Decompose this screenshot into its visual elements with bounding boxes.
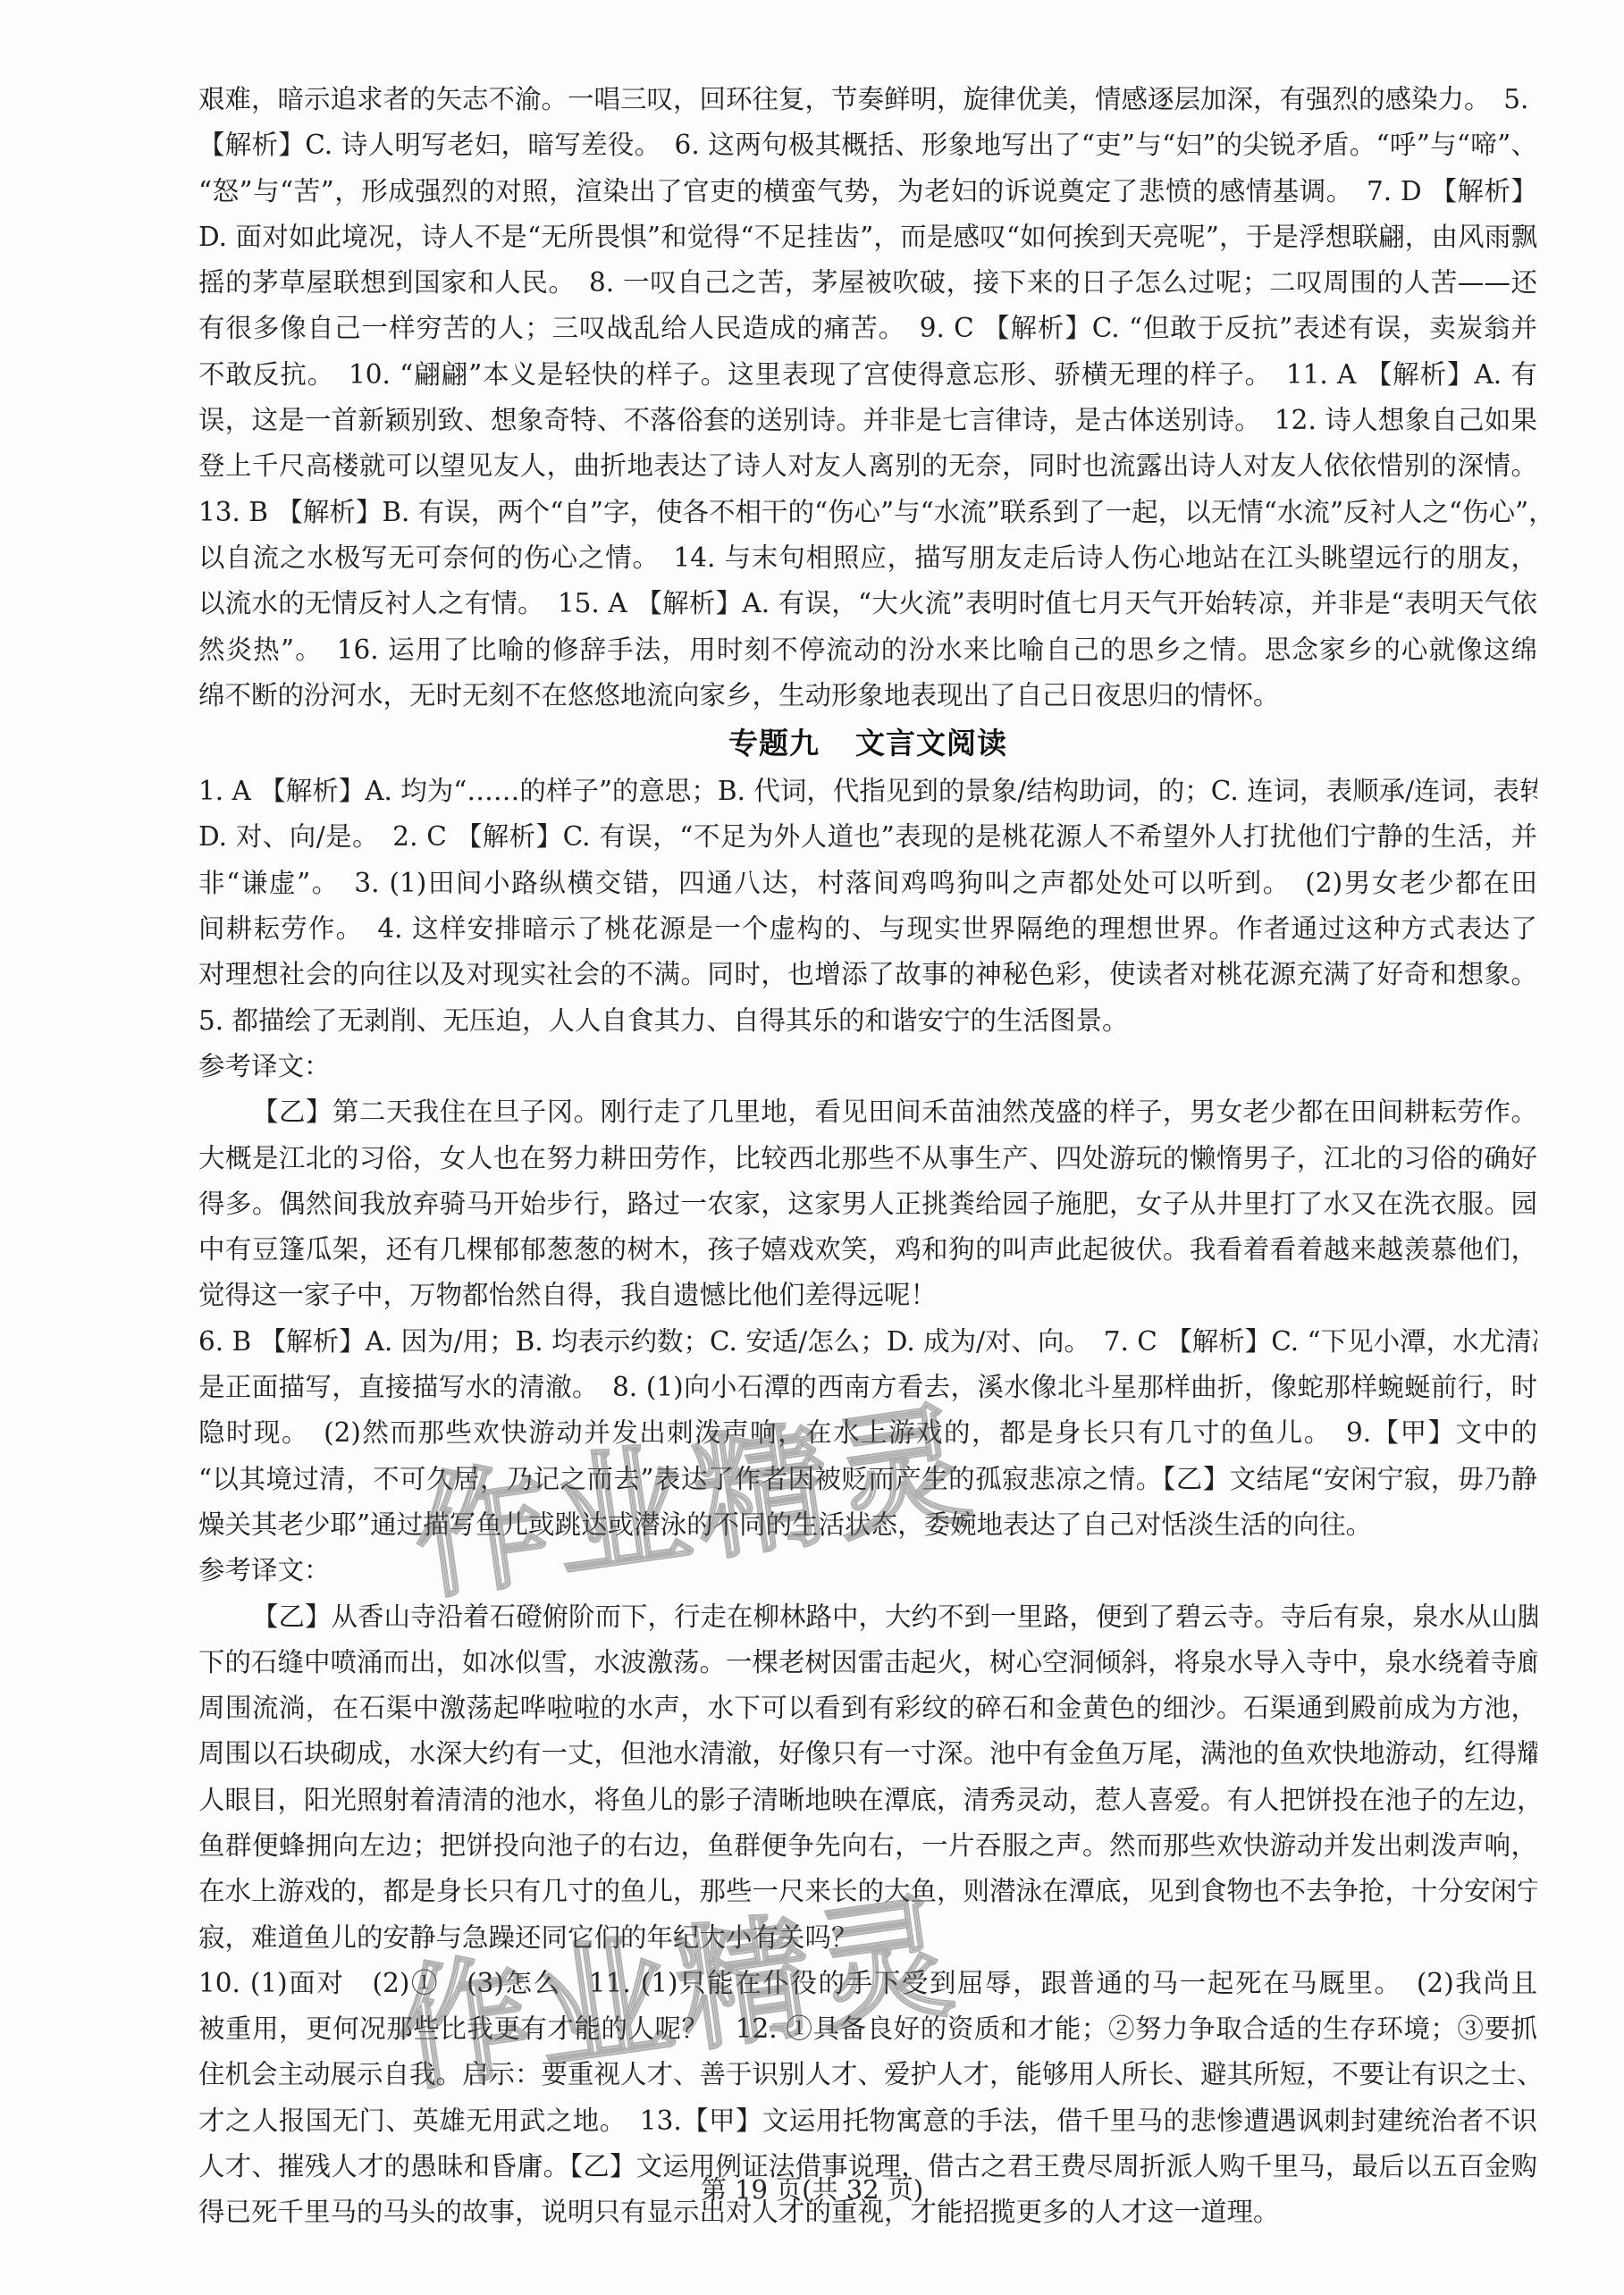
text-line: 6. B 【解析】A. 因为/用；B. 均表示约数；C. 安适/怎么；D. 成为… [198,1319,1537,1365]
text-line: 1. A 【解析】A. 均为“……的样子”的意思；B. 代词，代指见到的景象/结… [198,769,1537,814]
text-line: 是正面描写，直接描写水的清澈。 8. (1)向小石潭的西南方看去，溪水像北斗星那… [198,1365,1537,1410]
text-line: 非“谦虚”。 3. (1)田间小路纵横交错，四通八达，村落间鸡鸣狗叫之声都处处可… [198,861,1537,906]
text-line: 【乙】第二天我住在旦子冈。刚行走了几里地，看见田间禾苗油然茂盛的样子，男女老少都… [198,1089,1537,1135]
text-line: 周围流淌，在石渠中激荡起哗啦啦的水声，水下可以看到有彩纹的碎石和金黄色的细沙。石… [198,1686,1537,1731]
text-line: 下的石缝中喷涌而出，如冰似雪，水波激荡。一棵老树因雷击起火，树心空洞倾斜，将泉水… [198,1640,1537,1686]
text-line: 才之人报国无门、英雄无用武之地。 13.【甲】文运用托物寓意的手法，借千里马的悲… [198,2098,1537,2144]
text-line: 寂，难道鱼儿的安静与急躁还同它们的年纪大小有关吗？ [198,1915,1537,1961]
text-line: 然炎热”。 16. 运用了比喻的修辞手法，用时刻不停流动的汾水来比喻自己的思乡之… [198,627,1537,673]
text-line: 误，这是一首新颖别致、想象奇特、不落俗套的送别诗。并非是七言律诗，是古体送别诗。… [198,398,1537,443]
text-line: 周围以石块砌成，水深大约有一丈，但池水清澈，好像只有一寸深。池中有金鱼万尾，满池… [198,1731,1537,1777]
text-line: 10. (1)面对 (2)① (3)怎么 11. (1)只能在仆役的手下受到屈辱… [198,1961,1537,2006]
text-line: 间耕耘劳作。 4. 这样安排暗示了桃花源是一个虚构的、与现实世界隔绝的理想世界。… [198,906,1537,952]
text-line: 有很多像自己一样穷苦的人；三叹战乱给人民造成的痛苦。 9. C 【解析】C. “… [198,306,1537,351]
text-line: 登上千尺高楼就可以望见友人，曲折地表达了诗人对友人离别的无奈，同时也流露出诗人对… [198,443,1537,489]
reference-translation-1: 【乙】第二天我住在旦子冈。刚行走了几里地，看见田间禾苗油然茂盛的样子，男女老少都… [198,1089,1537,1318]
text-line: 艰难，暗示追求者的矢志不渝。一唱三叹，回环往复，节奏鲜明，旋律优美，情感逐层加深… [198,77,1537,122]
text-line: 人眼目，阳光照射着清清的池水，将鱼儿的影子清晰地映在潭底，清秀灵动，惹人喜爱。有… [198,1778,1537,1823]
text-line: 被重用，更何况那些比我更有才能的人呢？ 12. ①具备良好的资质和才能；②努力争… [198,2006,1537,2052]
section-title-topic: 文言文阅读 [855,726,1007,761]
answers-classical-chinese-1: 1. A 【解析】A. 均为“……的样子”的意思；B. 代词，代指见到的景象/结… [198,769,1537,1044]
text-line: 在水上游戏的，都是身长只有几寸的鱼儿，那些一尺来长的大鱼，则潜泳在潭底，见到食物… [198,1869,1537,1914]
text-line: 燥关其老少耶”通过描写鱼儿或跳达或潜泳的不同的生活状态，委婉地表达了自己对恬淡生… [198,1502,1537,1548]
text-line: 5. 都描绘了无剥削、无压迫，人人自食其力、自得其乐的和谐安宁的生活图景。 [198,998,1537,1044]
answer-page: 艰难，暗示追求者的矢志不渝。一唱三叹，回环往复，节奏鲜明，旋律优美，情感逐层加深… [198,77,1537,2236]
text-line: “以其境过清，不可久居，乃记之而去”表达了作者因被贬而产生的孤寂悲凉之情。【乙】… [198,1457,1537,1502]
text-line: 以流水的无情反衬人之有情。 15. A 【解析】A. 有误，“大火流”表明时值七… [198,581,1537,626]
answers-poetry-section: 艰难，暗示追求者的矢志不渝。一唱三叹，回环往复，节奏鲜明，旋律优美，情感逐层加深… [198,77,1537,719]
text-line: 对理想社会的向往以及对现实社会的不满。同时，也增添了故事的神秘色彩，使读者对桃花… [198,952,1537,997]
section-title: 专题九文言文阅读 [198,719,1537,769]
text-line: 13. B 【解析】B. 有误，两个“自”字，使各不相干的“伤心”与“水流”联系… [198,490,1537,535]
text-line: 不敢反抗。 10. “翩翩”本义是轻快的样子。这里表现了宫使得意忘形、骄横无理的… [198,352,1537,398]
text-line: D. 对、向/是。 2. C 【解析】C. 有误，“不足为外人道也”表现的是桃花… [198,814,1537,860]
section-title-number: 专题九 [728,726,820,761]
reference-translation-label: 参考译文： [198,1044,1537,1089]
text-line: 【解析】C. 诗人明写老妇，暗写差役。 6. 这两句极其概括、形象地写出了“吏”… [198,122,1537,168]
text-line: 大概是江北的习俗，女人也在努力耕田劳作，比较西北那些不从事生产、四处游玩的懒惰男… [198,1136,1537,1181]
reference-translation-2: 【乙】从香山寺沿着石磴俯阶而下，行走在柳林路中，大约不到一里路，便到了碧云寺。寺… [198,1594,1537,1961]
text-line: 【乙】从香山寺沿着石磴俯阶而下，行走在柳林路中，大约不到一里路，便到了碧云寺。寺… [198,1594,1537,1640]
text-line: “怒”与“苦”，形成强烈的对照，渲染出了官吏的横蛮气势，为老妇的诉说奠定了悲愤的… [198,169,1537,214]
reference-translation-label: 参考译文： [198,1548,1537,1593]
text-line: 得多。偶然间我放弃骑马开始步行，路过一农家，这家男人正挑粪给园子施肥，女子从井里… [198,1181,1537,1227]
page-number-footer: 第 19 页(共 32 页) [0,2170,1624,2207]
text-line: 以自流之水极写无可奈何的伤心之情。 14. 与末句相照应，描写朋友走后诗人伤心地… [198,535,1537,581]
text-line: 摇的茅草屋联想到国家和人民。 8. 一叹自己之苦，茅屋被吹破，接下来的日子怎么过… [198,260,1537,306]
answers-classical-chinese-2: 6. B 【解析】A. 因为/用；B. 均表示约数；C. 安适/怎么；D. 成为… [198,1319,1537,1548]
text-line: 觉得这一家子中，万物都怡然自得，我自遗憾比他们差得远呢！ [198,1273,1537,1318]
text-line: 隐时现。 (2)然而那些欢快游动并发出刺泼声响，在水上游戏的，都是身长只有几寸的… [198,1410,1537,1456]
text-line: 鱼群便蜂拥向左边；把饼投向池子的右边，鱼群便争先向右，一片吞服之声。然而那些欢快… [198,1823,1537,1869]
text-line: 绵不断的汾河水，无时无刻不在悠悠地流向家乡，生动形象地表现出了自己日夜思归的情怀… [198,673,1537,719]
text-line: D. 面对如此境况，诗人不是“无所畏惧”和觉得“不足挂齿”，而是感叹“如何挨到天… [198,214,1537,260]
text-line: 住机会主动展示自我。启示：要重视人才、善于识别人才、爱护人才，能够用人所长、避其… [198,2052,1537,2097]
text-line: 中有豆篷瓜架，还有几棵郁郁葱葱的树木，孩子嬉戏欢笑，鸡和狗的叫声此起彼伏。我看着… [198,1227,1537,1273]
